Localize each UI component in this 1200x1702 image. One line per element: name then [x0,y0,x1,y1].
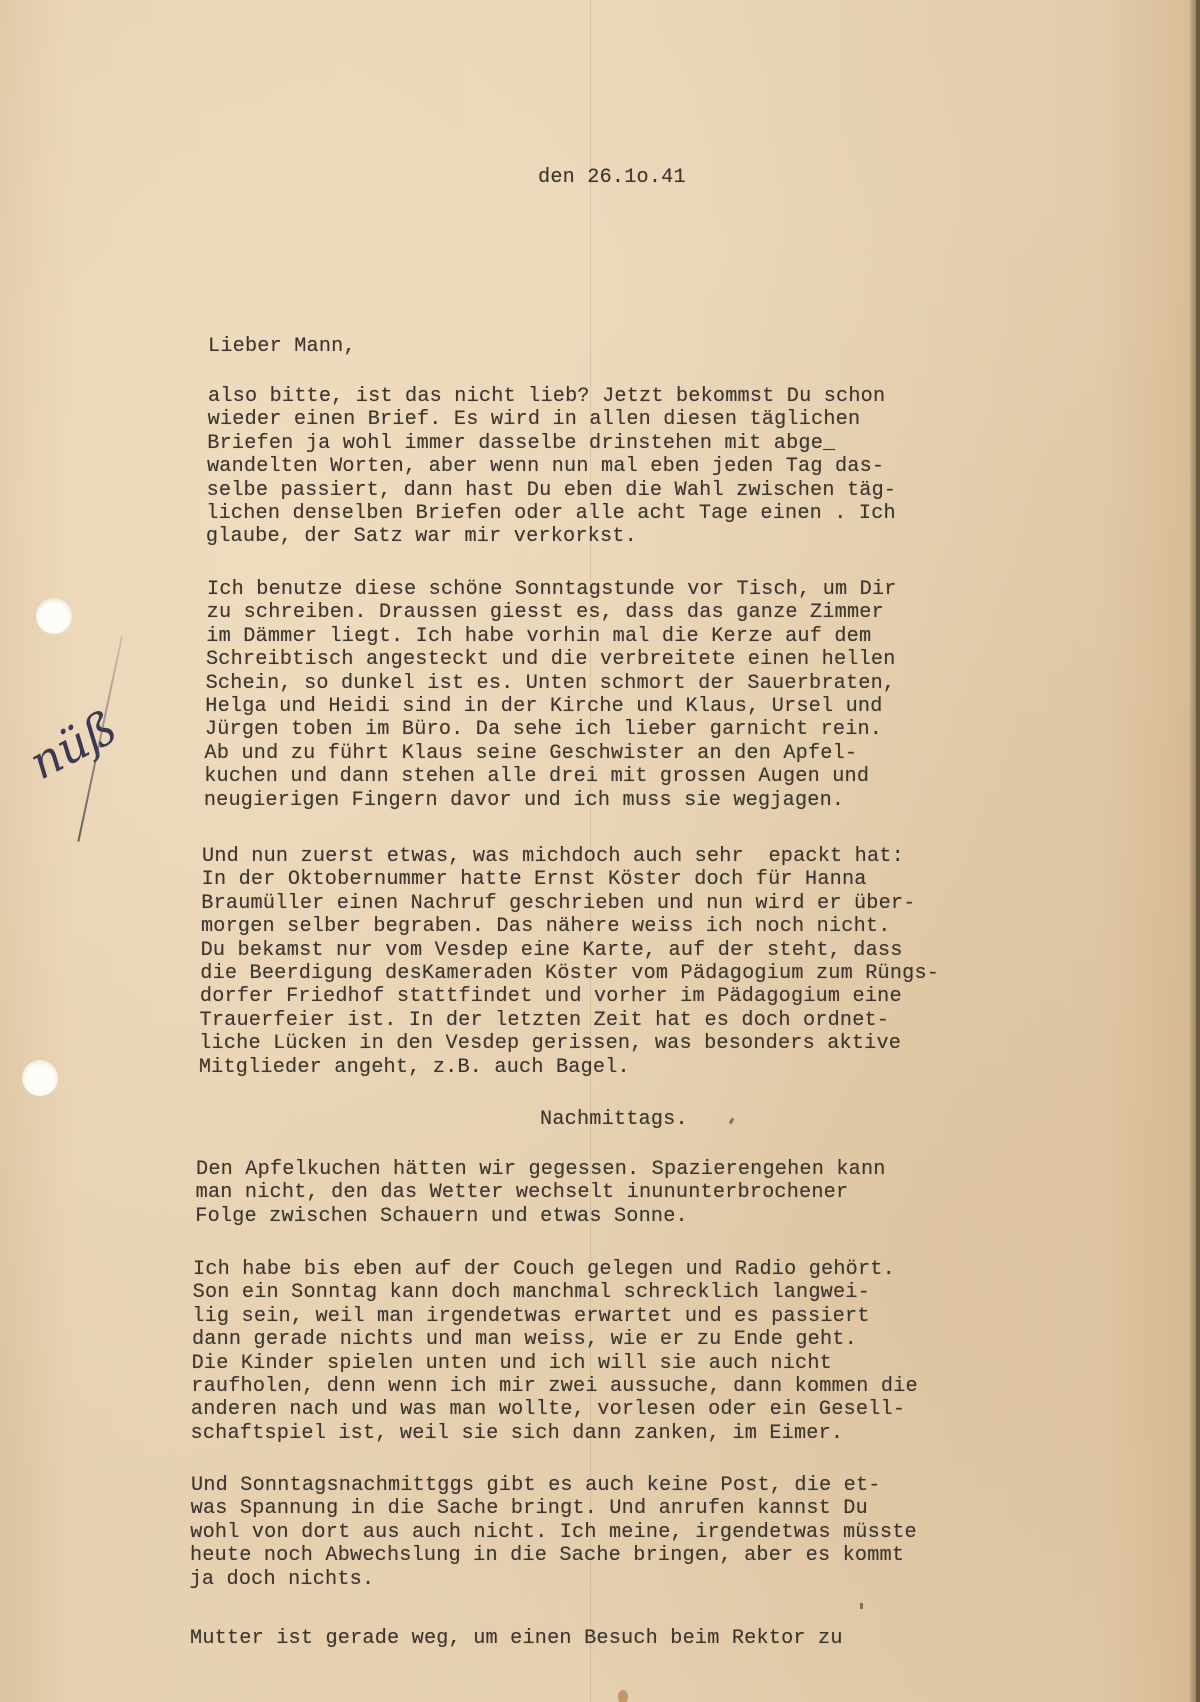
letter-line: also bitte, ist das nicht lieb? Jetzt be… [208,385,885,409]
letter-line: Und nun zuerst etwas, was michdoch auch … [202,845,904,869]
letter-line: glaube, der Satz war mir verkorkst. [206,525,637,549]
paper-stain [618,1690,628,1702]
letter-line: anderen nach und was man wollte, vorlese… [191,1398,905,1422]
letter-line: Mutter ist gerade weg, um einen Besuch b… [190,1627,843,1651]
letter-line: Du bekamst nur vom Vesdep eine Karte, au… [201,939,903,963]
letter-line: Schein, so dunkel ist es. Unten schmort … [206,672,896,696]
punch-hole-top [36,598,72,634]
paper-speck [729,1118,735,1125]
letter-line: Briefen ja wohl immer dasselbe drinstehe… [207,432,835,456]
letter-line: man nicht, den das Wetter wechselt inunu… [196,1181,849,1205]
letter-line: Helga und Heidi sind in der Kirche und K… [205,695,882,719]
letter-page: nüß den 26.1o.41 Lieber Mann, also bitte… [0,0,1196,1702]
letter-line: raufholen, denn wenn ich mir zwei aussuc… [191,1375,918,1399]
letter-line: Schreibtisch angesteckt und die verbreit… [206,648,896,672]
letter-line: Son ein Sonntag kann doch manchmal schre… [193,1281,870,1305]
salutation: Lieber Mann, [208,335,356,359]
letter-line: kuchen und dann stehen alle drei mit gro… [204,765,869,789]
letter-line: ja doch nichts. [190,1568,375,1592]
letter-line: zu schreiben. Draussen giesst es, dass d… [207,601,884,625]
letter-line: Jürgen toben im Büro. Da sehe ich lieber… [205,718,882,742]
letter-line: neugierigen Fingern davor und ich muss s… [204,789,844,813]
letter-line: die Beerdigung desKameraden Köster vom P… [200,962,939,986]
letter-line: Den Apfelkuchen hätten wir gegessen. Spa… [196,1158,886,1182]
letter-line: dann gerade nichts und man weiss, wie er… [192,1328,857,1352]
letter-line: Und Sonntagsnachmittggs gibt es auch kei… [191,1474,881,1498]
letter-line: wohl von dort aus auch nicht. Ich meine,… [190,1521,917,1545]
letter-line: schaftspiel ist, weil sie sich dann zank… [191,1422,844,1446]
letter-line: lichen denselben Briefen oder alle acht … [206,502,896,526]
letter-line: wieder einen Brief. Es wird in allen die… [208,408,861,432]
letter-line: dorfer Friedhof stattfindet und vorher i… [200,985,902,1009]
letter-line: Ich habe bis eben auf der Couch gelegen … [193,1258,895,1282]
letter-line: Ab und zu führt Klaus seine Geschwister … [205,742,858,766]
letter-line: wandelten Worten, aber wenn nun mal eben… [207,455,884,479]
letter-line: Mitglieder angeht, z.B. auch Bagel. [199,1056,630,1080]
letter-line: Folge zwischen Schauern und etwas Sonne. [195,1205,688,1229]
letter-line: Die Kinder spielen unten und ich will si… [192,1352,832,1376]
letter-line: selbe passiert, dann hast Du eben die Wa… [207,479,897,503]
letter-line: Trauerfeier ist. In der letzten Zeit hat… [200,1009,890,1033]
handwritten-margin-note: nüß [21,700,126,790]
date-line: den 26.1o.41 [538,166,686,190]
punch-hole-bottom [22,1060,58,1096]
letter-line: was Spannung in die Sache bringt. Und an… [191,1497,868,1521]
letter-line: morgen selber begraben. Das nähere weiss… [201,915,891,939]
letter-line: liche Lücken in den Vesdep gerissen, was… [199,1032,901,1056]
letter-line: Ich benutze diese schöne Sonntagstunde v… [207,578,897,602]
paper-speck [860,1603,863,1609]
letter-line: lig sein, weil man irgendetwas erwartet … [192,1305,869,1329]
letter-line: In der Oktobernummer hatte Ernst Köster … [202,868,867,892]
letter-line: Braumüller einen Nachruf geschrieben und… [201,892,915,916]
section-heading: Nachmittags. [540,1108,688,1132]
letter-line: heute noch Abwechslung in die Sache brin… [190,1544,904,1568]
letter-line: im Dämmer liegt. Ich habe vorhin mal die… [206,625,871,649]
